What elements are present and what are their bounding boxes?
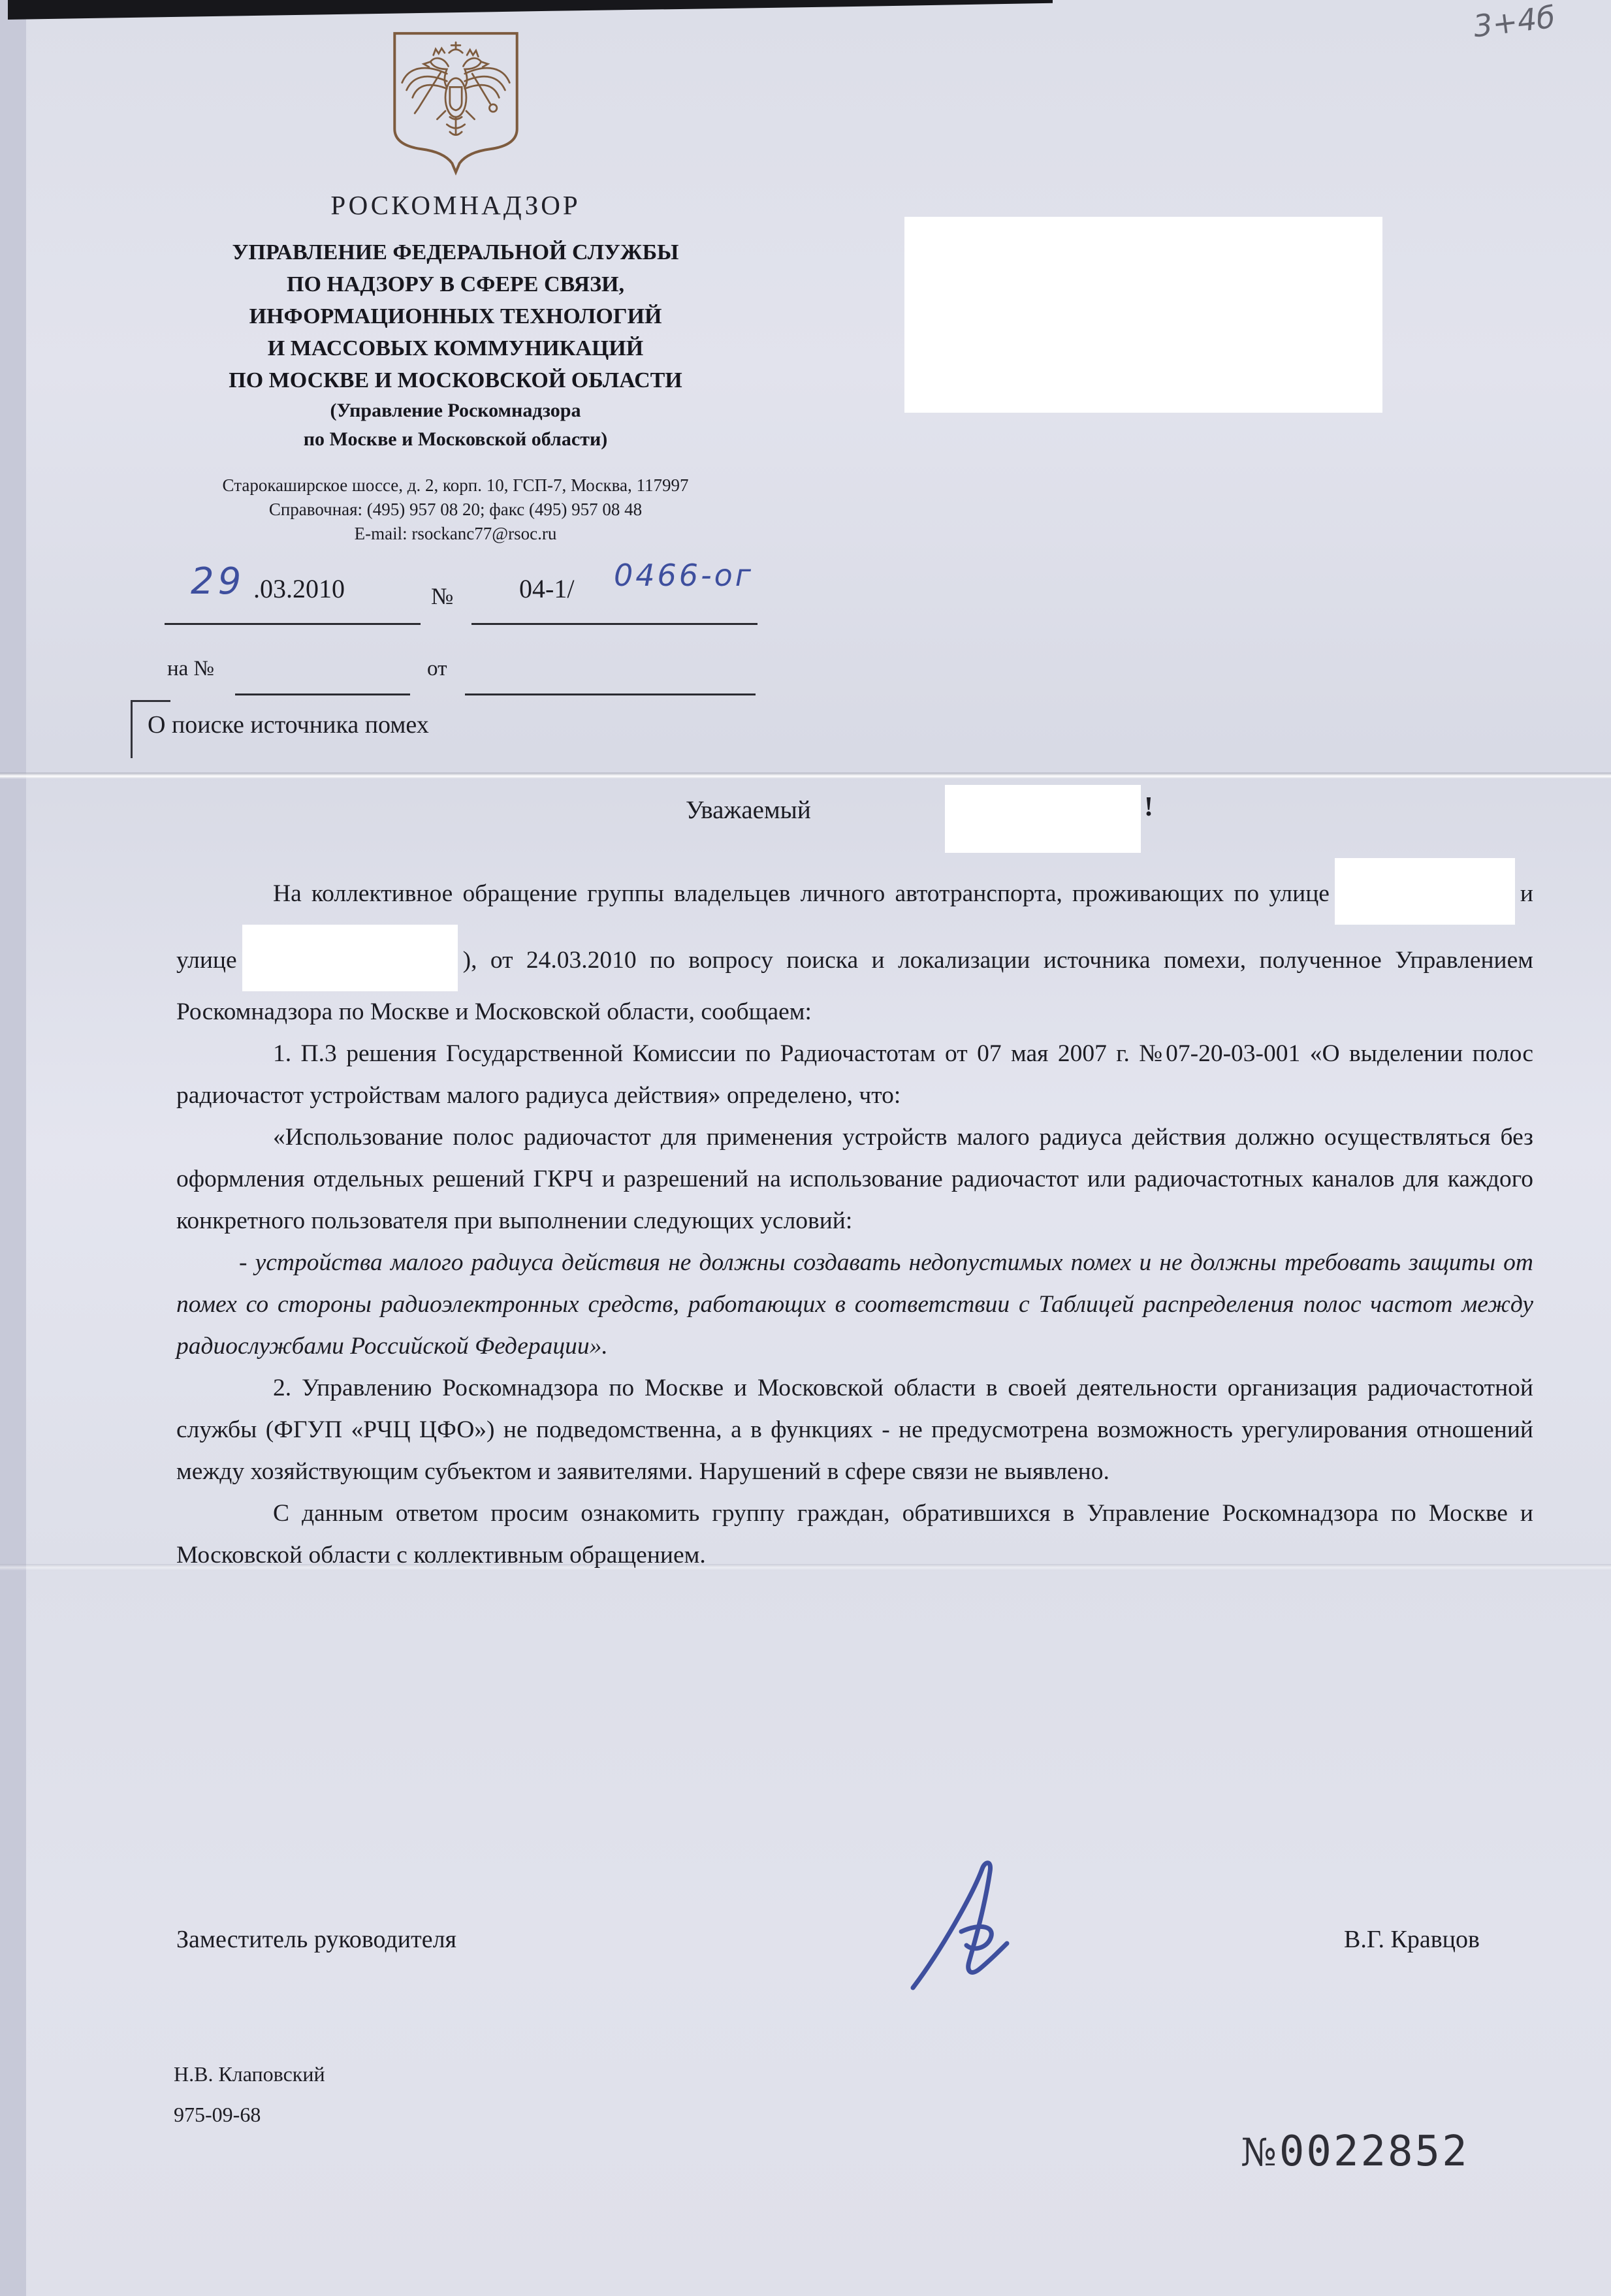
org-line: И МАССОВЫХ КОММУНИКАЦИЙ [134,332,777,364]
letterhead: РОСКОМНАДЗОР УПРАВЛЕНИЕ ФЕДЕРАЛЬНОЙ СЛУЖ… [134,27,777,546]
agency-name: РОСКОМНАДЗОР [134,189,777,221]
redaction-box-addressee [945,785,1141,853]
org-line: ПО НАДЗОРУ В СФЕРЕ СВЯЗИ, [134,268,777,300]
letter-content: 3+4б [0,0,1611,2296]
coat-of-arms-icon [374,27,538,184]
paragraph-2: 1. П.3 решения Государственной Комиссии … [176,1033,1533,1117]
reply-number-underline [235,694,410,695]
paragraph-4-quote: - устройства малого радиуса действия не … [176,1242,1533,1367]
number-sign-label: № [431,582,453,610]
signer-title: Заместитель руководителя [176,1925,456,1954]
salutation-exclamation: ! [1144,791,1153,823]
paragraph-5: 2. Управлению Роскомнадзора по Москве и … [176,1367,1533,1493]
org-sub-line: (Управление Роскомнадзора [134,396,777,425]
letter-body: На коллективное обращение группы владель… [176,858,1533,1576]
reply-from-label: от [427,657,447,681]
postal-address: Старокаширское шоссе, д. 2, корп. 10, ГС… [134,473,777,498]
stamp-digits: 0022852 [1279,2128,1469,2176]
org-sub-line: по Москве и Московской области) [134,425,777,454]
paragraph-6: С данным ответом просим ознакомить групп… [176,1493,1533,1576]
double-headed-eagle [402,42,509,135]
org-full-name: УПРАВЛЕНИЕ ФЕДЕРАЛЬНОЙ СЛУЖБЫ ПО НАДЗОРУ… [134,236,777,396]
subject-line: О поиске источника помех [148,710,429,739]
stamp-number-sign: № [1241,2130,1277,2175]
phone-fax: Справочная: (495) 957 08 20; факс (495) … [134,498,777,522]
redaction-box-street-2 [242,925,458,991]
handwritten-outgoing-number: 0466-ог [614,558,754,593]
paragraph-1: На коллективное обращение группы владель… [176,858,1533,1033]
scanned-letter: 3+4б [0,0,1611,2296]
handwritten-signature [896,1852,1072,2002]
redaction-box-street-1 [1335,858,1515,925]
redaction-box [904,217,1382,413]
number-underline [471,623,758,625]
registration-stamp-number: № 0022852 [1241,2128,1469,2176]
contact-block: Старокаширское шоссе, д. 2, корп. 10, ГС… [134,473,777,546]
org-line: ИНФОРМАЦИОННЫХ ТЕХНОЛОГИЙ [134,300,777,332]
salutation: Уважаемый [686,795,811,825]
handwritten-date-day: 29 [191,560,245,603]
reply-date-underline [465,694,756,695]
org-line: ПО МОСКВЕ И МОСКОВСКОЙ ОБЛАСТИ [134,364,777,396]
handwritten-pencil-note: 3+4б [1471,0,1557,44]
executor-phone: 975-09-68 [174,2103,261,2127]
org-line: УПРАВЛЕНИЕ ФЕДЕРАЛЬНОЙ СЛУЖБЫ [134,236,777,268]
outgoing-number-prefix: 04-1/ [519,573,574,604]
signer-name: В.Г. Кравцов [1344,1925,1480,1954]
email: E-mail: rsockanc77@rsoc.ru [134,522,777,546]
reply-to-number-label: на № [167,657,214,681]
paragraph-3: «Использование полос радиочастот для при… [176,1117,1533,1242]
org-short-name: (Управление Роскомнадзора по Москве и Мо… [134,396,777,454]
executor-name: Н.В. Клаповский [174,2062,325,2086]
date-underline [165,623,421,625]
p1-text-a: На коллективное обращение группы владель… [273,880,1330,907]
date-printed: .03.2010 [253,573,345,604]
